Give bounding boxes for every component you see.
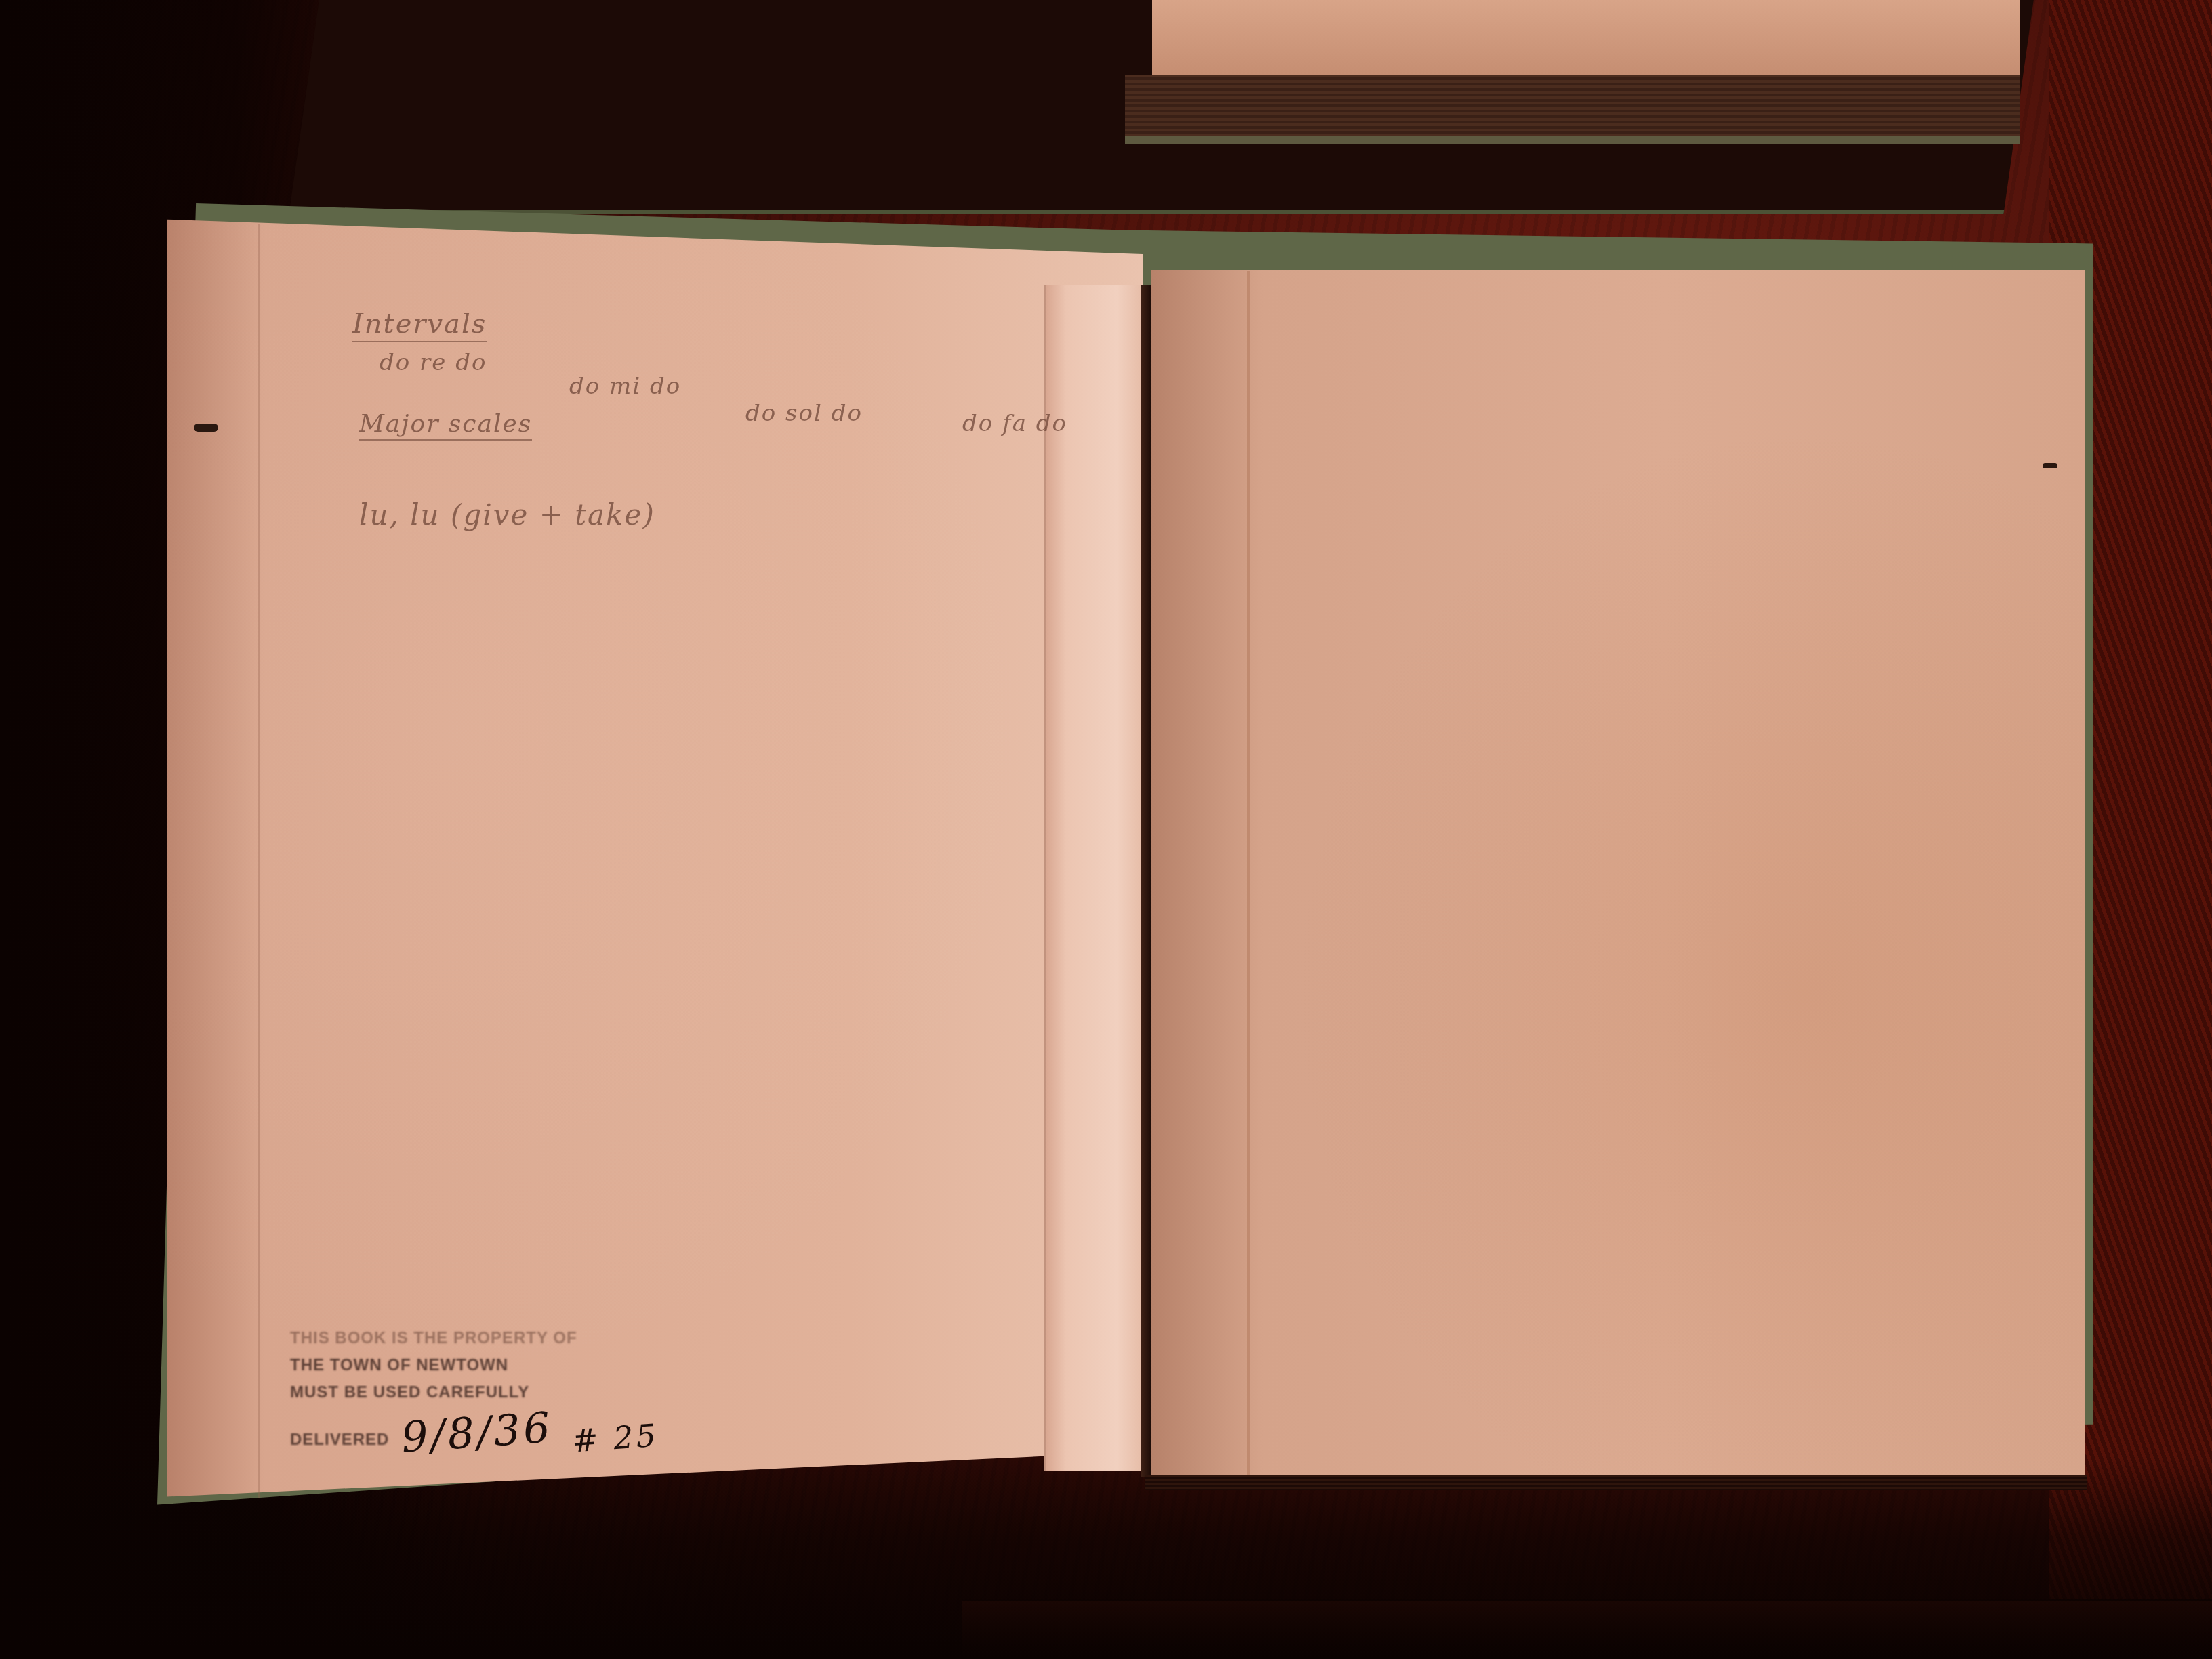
right-blank-page xyxy=(1151,270,2085,1477)
photo-scene: Intervals do re do do mi do do sol do do… xyxy=(0,0,2212,1659)
pencil-line-5: lu, lu (give + take) xyxy=(359,498,655,531)
pencil-subheading: Major scales xyxy=(359,410,532,441)
pencil-line-4: do fa do xyxy=(962,410,1067,437)
ink-mark-left xyxy=(194,424,218,432)
stamp-line-3: must be used carefully xyxy=(290,1379,659,1406)
stamp-line-2: the Town of Newtown xyxy=(290,1352,659,1379)
ink-mark-right xyxy=(2043,463,2057,468)
ownership-stamp: This book is the property of the Town of… xyxy=(290,1325,659,1454)
page-block-edge xyxy=(1145,1475,2087,1490)
right-page-crease xyxy=(1247,271,1250,1477)
left-hinge-crease xyxy=(258,224,260,1498)
left-endpaper xyxy=(167,216,1143,1503)
stamp-line-1: This book is the property of xyxy=(290,1325,659,1352)
pencil-line-3: do sol do xyxy=(745,400,863,427)
pencil-line-2: do mi do xyxy=(569,373,681,400)
handwritten-number: # 25 xyxy=(571,1420,659,1457)
pencil-heading: Intervals xyxy=(352,308,487,342)
background-book-page-edges xyxy=(1125,75,2020,144)
endpaper-fold xyxy=(1044,285,1147,1471)
handwritten-date: 9/8/36 xyxy=(400,1406,554,1458)
stamp-delivered-row: Delivered 9/8/36 # 25 xyxy=(290,1412,659,1454)
pencil-line-1: do re do xyxy=(380,349,487,376)
background-book-page xyxy=(1152,0,2020,81)
stamp-delivered-label: Delivered xyxy=(290,1427,389,1454)
